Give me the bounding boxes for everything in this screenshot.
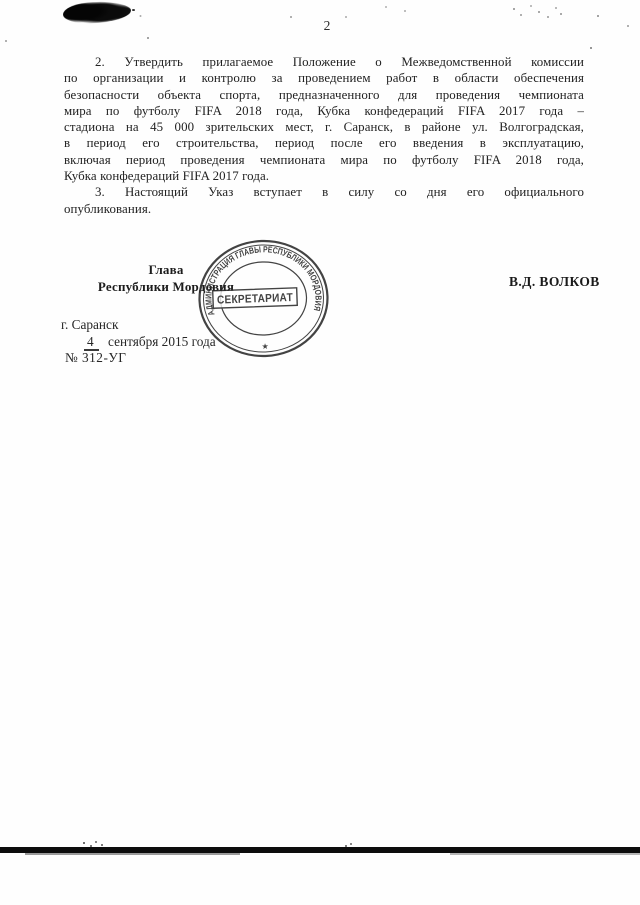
footer-city: г. Саранск [61,317,118,333]
footer-date-day: 4 [87,334,94,350]
paragraph-2-line: Кубка конфедераций FIFA 2017 года. [64,168,584,184]
scan-bar-shadow [450,853,640,855]
paragraph-2-line: в период его строительства, период после… [64,135,584,151]
footer-doc-number: № 312-УГ [65,350,127,366]
stamp-rings: АДМИНИСТРАЦИЯ ГЛАВЫ РЕСПУБЛИКИ МОРДОВИЯ … [198,239,330,358]
scan-noise-dots [513,8,515,10]
scan-smudge-top-left [63,1,132,24]
document-body: 2. Утвердить прилагаемое Положение о Меж… [64,54,584,217]
paragraph-2-line: безопасности объекта спорта, предназначе… [64,87,584,103]
scan-noise-dots [132,9,135,11]
paragraph-3-line: опубликования. [64,201,584,217]
paragraph-2-line: по организации и контролю за проведением… [64,70,584,86]
signer-name: В.Д. ВОЛКОВ [509,274,600,290]
paragraph-2-line: стадиона на 45 000 зрительских мест, г. … [64,119,584,135]
paragraph-3-line: 3. Настоящий Указ вступает в силу со дня… [64,184,584,200]
page-number: 2 [316,18,338,34]
paragraph-2-line: включая период проведения чемпионата мир… [64,152,584,168]
secretariat-stamp: АДМИНИСТРАЦИЯ ГЛАВЫ РЕСПУБЛИКИ МОРДОВИЯ … [197,239,330,359]
paragraph-2-line: 2. Утвердить прилагаемое Положение о Меж… [64,54,584,70]
footer-date-rest: сентября 2015 года [108,334,216,350]
scan-noise-dots [83,842,85,844]
scan-bar-shadow [25,853,240,855]
stamp-star-icon: ★ [261,342,268,351]
scanned-document-page: 2 2. Утвердить прилагаемое Положение о М… [0,0,640,905]
paragraph-2-line: мира по футболу FIFA 2018 года, Кубка ко… [64,103,584,119]
